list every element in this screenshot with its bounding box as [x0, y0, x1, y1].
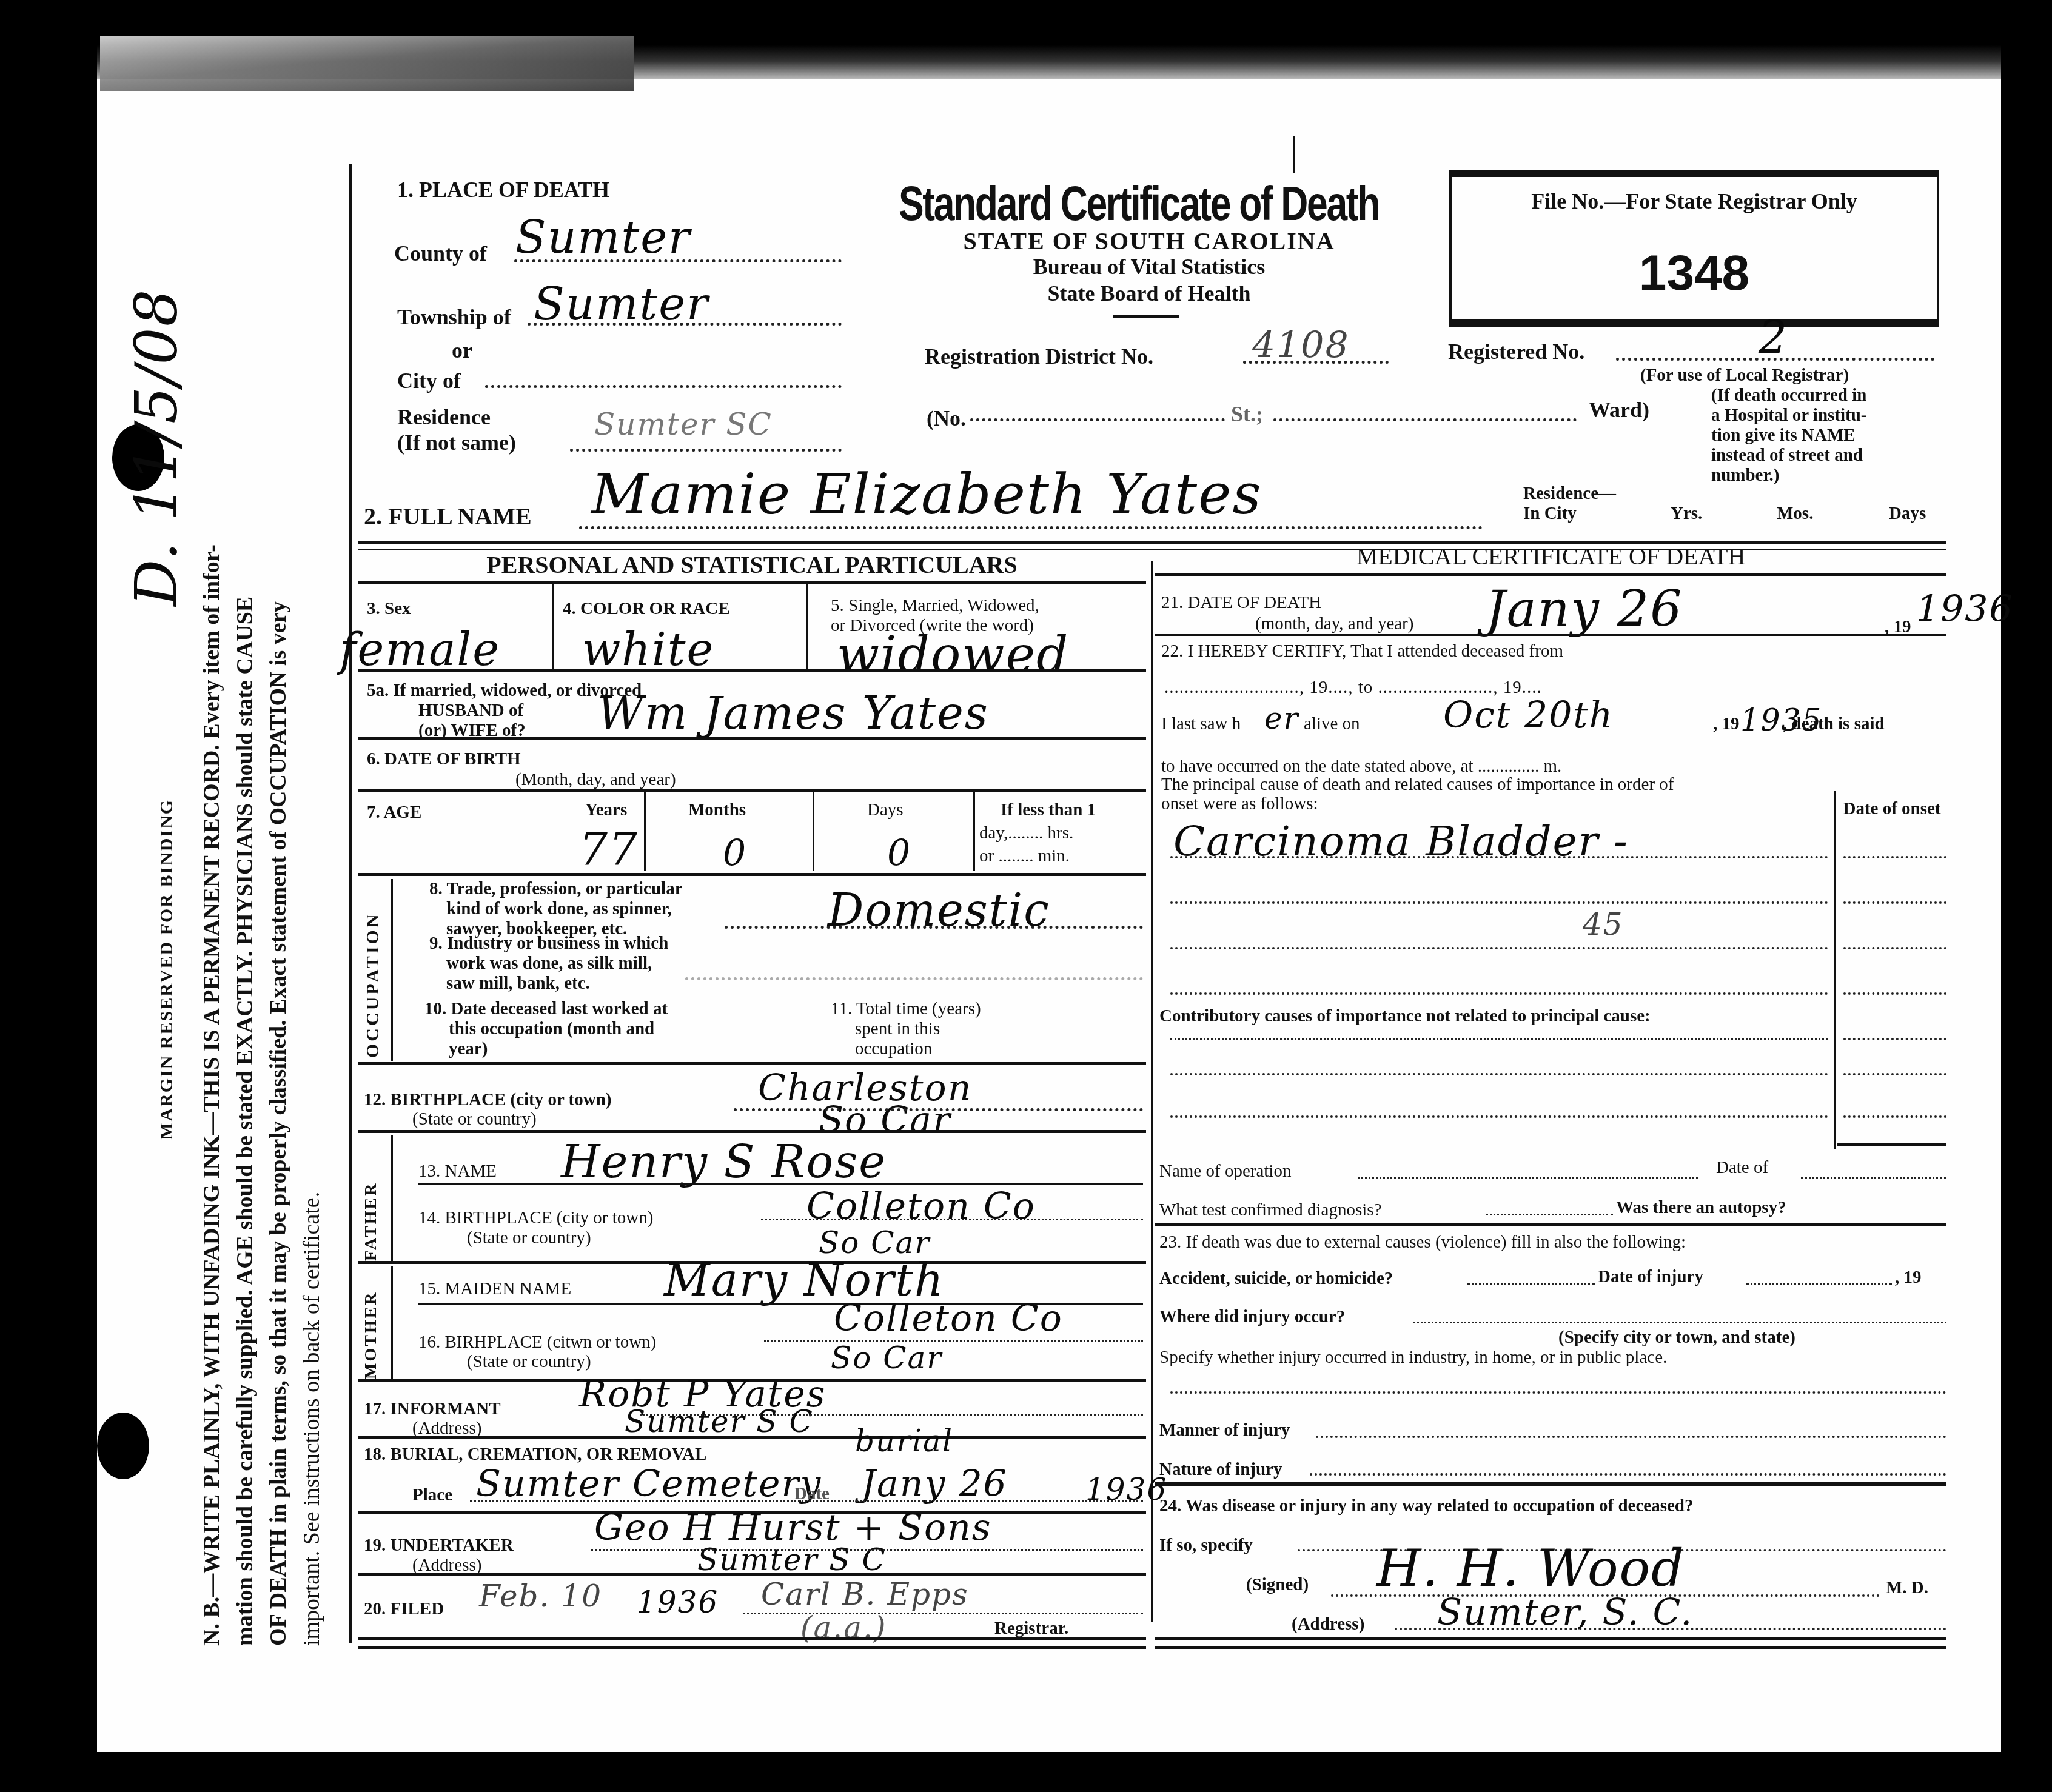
father-name-label: 13. NAME — [418, 1163, 497, 1180]
margin-notice-line: important. See instructions on back of c… — [300, 1192, 323, 1646]
dod-value[interactable]: Jany 26 — [1486, 585, 1683, 635]
row-rule — [358, 737, 1146, 740]
last-saw-date[interactable]: Oct 20th — [1443, 697, 1614, 734]
bureau-name: Bureau of Vital Statistics — [910, 256, 1389, 278]
onset-line[interactable] — [1843, 1038, 1946, 1040]
occupation-side-label: OCCUPATION — [364, 912, 382, 1058]
onset-line[interactable] — [1843, 856, 1946, 858]
mother-birthplace-state[interactable]: So Car — [831, 1343, 942, 1373]
margin-notice-line: mation should be carefully supplied. AGE… — [233, 597, 256, 1646]
row-rule — [1155, 1482, 1946, 1486]
bottom-rule — [358, 1637, 1146, 1640]
county-field-line — [514, 259, 842, 262]
district-field-line — [1243, 361, 1389, 364]
birthplace-label: 12. BIRTHPLACE (city or town) — [364, 1091, 611, 1109]
column-divider — [1151, 561, 1153, 1622]
injury-date-field[interactable] — [1746, 1283, 1892, 1285]
mother-birthplace-sublabel: (State or country) — [467, 1353, 591, 1371]
autopsy-label: Was there an autopsy? — [1616, 1199, 1786, 1217]
last-saw-year-prefix: , 19 — [1713, 715, 1740, 733]
residence-value[interactable]: Sumter SC — [594, 409, 773, 440]
onset-line[interactable] — [1843, 947, 1946, 949]
township-label: Township of — [397, 306, 511, 328]
marital-label: 5. Single, Married, Widowed, — [831, 597, 1039, 615]
specify-field[interactable] — [1170, 1391, 1946, 1394]
tick-mark — [1293, 136, 1295, 173]
contributory-line[interactable] — [1170, 1115, 1828, 1118]
cell-divider — [552, 583, 554, 669]
operation-field[interactable] — [1358, 1177, 1698, 1179]
physician-address-label: (Address) — [1292, 1616, 1364, 1633]
file-number-value: 1348 — [1452, 249, 1937, 298]
street-label: St.; — [1231, 403, 1263, 425]
filed-label: 20. FILED — [364, 1600, 444, 1618]
age-years-value[interactable]: 77 — [579, 827, 639, 872]
race-label: 4. COLOR OR RACE — [563, 600, 730, 618]
less-than-label: If less than 1 — [1001, 801, 1096, 819]
registered-no-label: Registered No. — [1448, 341, 1584, 363]
row-rule — [358, 1130, 1146, 1133]
undertaker-sublabel: (Address) — [412, 1557, 481, 1574]
margin-handwritten-note: D. 11/5/08 — [127, 288, 186, 606]
county-value[interactable]: Sumter — [515, 215, 691, 260]
external-causes-label: 23. If death was due to external causes … — [1159, 1234, 1686, 1251]
certify-label: 22. I HEREBY CERTIFY, That I attended de… — [1161, 643, 1563, 660]
total-time-label: 11. Total time (years) spent in this occ… — [831, 1000, 981, 1058]
district-value[interactable]: 4108 — [1252, 327, 1350, 364]
cause-intro: The principal cause of death and related… — [1161, 776, 1674, 794]
industry-field-line[interactable] — [685, 977, 1143, 980]
father-birthplace-label: 14. BIRTHPLACE (city or town) — [418, 1209, 653, 1227]
age-years-label: Years — [585, 801, 627, 819]
file-number-box: File No.—For State Registrar Only 1348 — [1449, 170, 1939, 327]
mother-side-label: MOTHER — [363, 1291, 380, 1379]
dod-year[interactable]: 1936 — [1916, 591, 2014, 627]
punch-hole — [97, 1413, 149, 1479]
occupation-related-label: 24. Was disease or injury in any way rel… — [1159, 1497, 1693, 1515]
scan-shadow — [100, 36, 634, 91]
bottom-rule — [358, 1646, 1146, 1649]
row-rule — [358, 669, 1146, 672]
street-field[interactable] — [1273, 418, 1577, 421]
marital-value[interactable]: widowed — [837, 630, 1069, 680]
nature-field[interactable] — [1310, 1473, 1946, 1476]
onset-rule — [1837, 1143, 1946, 1146]
township-value[interactable]: Sumter — [534, 282, 709, 327]
cell-divider — [806, 583, 808, 669]
side-divider — [391, 1135, 393, 1262]
bottom-rule — [1155, 1637, 1946, 1640]
onset-line[interactable] — [1843, 901, 1946, 904]
death-is-said: , death is said — [1783, 715, 1885, 733]
mother-name[interactable]: Mary North — [664, 1258, 945, 1303]
undertaker-name[interactable]: Geo H Hurst + Sons — [594, 1509, 992, 1546]
row-rule — [1155, 634, 1946, 636]
if-so-label: If so, specify — [1159, 1537, 1253, 1554]
cause-line[interactable] — [1170, 856, 1828, 858]
father-birthplace-state[interactable]: So Car — [819, 1228, 930, 1258]
certificate-title: Standard Certificate of Death — [899, 176, 1379, 232]
onset-divider — [1834, 791, 1836, 1149]
row-rule — [358, 581, 1146, 584]
hospital-note: (If death occurred in a Hospital or inst… — [1711, 387, 1866, 484]
accident-label: Accident, suicide, or homicide? — [1159, 1270, 1393, 1288]
occurred-label: to have occurred on the date stated abov… — [1161, 758, 1561, 775]
medical-heading: MEDICAL CERTIFICATE OF DEATH — [1155, 544, 1946, 569]
mother-birthplace-city[interactable]: Colleton Co — [834, 1300, 1063, 1337]
sex-value[interactable]: female — [340, 627, 500, 672]
full-name-value[interactable]: Mamie Elizabeth Yates — [591, 467, 1262, 523]
form-left-border — [349, 164, 352, 1643]
dob-sublabel: (Month, day, and year) — [515, 771, 676, 789]
contributory-onset-line[interactable] — [1843, 1115, 1946, 1118]
row-rule — [358, 1062, 1146, 1065]
contributory-line[interactable] — [1170, 1073, 1828, 1075]
mother-birthplace-label: 16. BIRHPLACE (citwn or town) — [418, 1334, 656, 1351]
dod-sublabel: (month, day, and year) — [1255, 615, 1413, 633]
ward-label: Ward) — [1589, 399, 1649, 421]
burial-place-label: Place — [412, 1486, 452, 1504]
registrar-field-line — [743, 1613, 1143, 1614]
board-name: State Board of Health — [910, 283, 1389, 304]
cause-note[interactable]: 45 — [1583, 909, 1624, 940]
where-sublabel: (Specify city or town, and state) — [1558, 1329, 1796, 1346]
title-rule — [1113, 315, 1179, 318]
age-months-label: Months — [688, 801, 746, 819]
dob-label: 6. DATE OF BIRTH — [367, 751, 521, 768]
md-label: M. D. — [1886, 1579, 1928, 1597]
physician-address-line — [1395, 1628, 1946, 1630]
physician-address-value[interactable]: Sumter, S. C. — [1437, 1594, 1693, 1631]
filed-year[interactable]: 1936 — [637, 1587, 719, 1617]
cell-divider — [973, 792, 975, 871]
city-label: City of — [397, 370, 461, 392]
father-birthplace-sublabel: (State or country) — [467, 1229, 591, 1247]
race-value[interactable]: white — [582, 627, 714, 672]
file-number-label: File No.—For State Registrar Only — [1452, 190, 1937, 212]
birthplace-state[interactable]: So Car — [819, 1102, 951, 1138]
operation-label: Name of operation — [1159, 1163, 1291, 1180]
age-months-value[interactable]: 0 — [723, 835, 747, 872]
city-field-line[interactable] — [485, 385, 842, 388]
father-name[interactable]: Henry S Rose — [561, 1140, 887, 1185]
street-no-label: (No. — [927, 407, 966, 429]
margin-notice-line: OF DEATH in plain terms, so that it may … — [267, 601, 290, 1646]
last-saw-label: I last saw h — [1161, 715, 1241, 733]
spouse-label-2: HUSBAND of — [418, 702, 523, 720]
sex-label: 3. Sex — [367, 600, 411, 618]
undertaker-field-line — [591, 1549, 1143, 1551]
injury-date-label: Date of injury — [1598, 1268, 1703, 1286]
side-divider — [391, 1266, 393, 1380]
date-onset-label: Date of onset — [1837, 799, 1946, 819]
cell-divider — [644, 792, 646, 871]
informant-label: 17. INFORMANT — [364, 1400, 501, 1418]
industry-label: 9. Industry or business in which work wa… — [429, 935, 668, 992]
district-label: Registration District No. — [925, 346, 1153, 367]
informant-field-line — [640, 1414, 1143, 1416]
operation-date-field[interactable] — [1801, 1177, 1946, 1179]
registered-field-line — [1616, 358, 1934, 361]
registrar-name[interactable]: Carl B. Epps — [761, 1579, 969, 1610]
burial-place[interactable]: Sumter Cemetery — [476, 1466, 822, 1502]
less-than-hrs: day,........ hrs. — [979, 824, 1073, 842]
row-rule — [1155, 573, 1946, 576]
father-side-label: FATHER — [363, 1182, 380, 1261]
street-no-field[interactable] — [970, 418, 1225, 421]
mother-name-label: 15. MAIDEN NAME — [418, 1280, 571, 1298]
row-rule — [1155, 1223, 1946, 1226]
county-label: County of — [394, 242, 487, 264]
contributory-onset-line[interactable] — [1843, 1073, 1946, 1075]
personal-heading: PERSONAL AND STATISTICAL PARTICULARS — [358, 553, 1146, 577]
margin-binding-note: MARGIN RESERVED FOR BINDING — [158, 799, 176, 1140]
days-label: Days — [1889, 505, 1926, 523]
signed-label: (Signed) — [1246, 1576, 1309, 1594]
row-rule — [358, 789, 1146, 792]
cause-line[interactable] — [1170, 992, 1828, 995]
cause-line[interactable] — [1170, 1038, 1828, 1040]
full-name-label: 2. FULL NAME — [364, 504, 532, 529]
residence-field-line — [570, 449, 842, 452]
last-saw-pronoun[interactable]: er — [1264, 703, 1299, 734]
row-rule — [358, 1573, 1146, 1576]
cause-line[interactable] — [1170, 947, 1828, 949]
burial-field-line — [470, 1500, 1143, 1502]
operation-date-label: Date of — [1716, 1159, 1768, 1177]
nature-label: Nature of injury — [1159, 1461, 1282, 1479]
contributory-label: Contributory causes of importance not re… — [1159, 1008, 1651, 1025]
dod-label: 21. DATE OF DEATH — [1161, 594, 1321, 612]
or-label: or — [452, 339, 472, 361]
place-of-death-heading: 1. PLACE OF DEATH — [397, 179, 609, 201]
in-city-label: In City — [1523, 505, 1577, 523]
trade-field-line — [725, 926, 1143, 929]
registered-no-value[interactable]: 2 — [1759, 315, 1788, 360]
residence-sublabel: (If not same) — [397, 432, 516, 453]
registrar-label: Registrar. — [994, 1620, 1068, 1637]
residence-in-city-label: Residence— — [1523, 485, 1616, 503]
last-worked-label: 10. Date deceased last worked at this oc… — [424, 1000, 668, 1058]
row-rule — [358, 1436, 1146, 1439]
alive-on-label: alive on — [1304, 715, 1360, 733]
injury-year-label: , 19 — [1895, 1269, 1922, 1286]
undertaker-label: 19. UNDERTAKER — [364, 1537, 514, 1554]
spouse-value[interactable]: Wm James Yates — [597, 691, 989, 736]
cause-line[interactable] — [1170, 901, 1828, 904]
mos-label: Mos. — [1777, 505, 1813, 523]
specify-label: Specify whether injury occurred in indus… — [1159, 1349, 1667, 1366]
where-field[interactable] — [1413, 1322, 1946, 1323]
informant-address[interactable]: Sumter S C — [625, 1406, 814, 1437]
accident-field[interactable] — [1467, 1283, 1595, 1285]
informant-sublabel: (Address) — [412, 1420, 481, 1437]
test-label: What test confirmed diagnosis? — [1159, 1202, 1381, 1219]
side-divider — [391, 879, 393, 1061]
father-birthplace-field-line — [761, 1219, 1143, 1220]
birthplace-sublabel: (State or country) — [412, 1111, 537, 1128]
age-days-label: Days — [867, 801, 904, 819]
less-than-min: or ........ min. — [979, 848, 1070, 865]
burial-label: 18. BURIAL, CREMATION, OR REMOVAL — [364, 1446, 706, 1463]
manner-field[interactable] — [1316, 1436, 1946, 1438]
burial-value[interactable]: burial — [855, 1426, 953, 1456]
cause-intro-2: onset were as follows: — [1161, 795, 1318, 813]
age-days-value[interactable]: 0 — [887, 835, 911, 872]
mother-birthplace-field-line — [764, 1340, 1143, 1342]
row-rule — [358, 873, 1146, 876]
age-label: 7. AGE — [367, 804, 421, 821]
onset-line[interactable] — [1843, 992, 1946, 995]
manner-label: Manner of injury — [1159, 1422, 1290, 1439]
yrs-label: Yrs. — [1671, 505, 1702, 523]
cell-divider — [813, 792, 814, 871]
trade-label: 8. Trade, profession, or particular kind… — [429, 880, 683, 938]
birthplace-field-line — [734, 1108, 1143, 1111]
township-field-line — [528, 323, 842, 326]
local-registrar-note: (For use of Local Registrar) — [1640, 367, 1849, 384]
test-field[interactable] — [1486, 1214, 1613, 1215]
signed-value[interactable]: H. H. Wood — [1376, 1543, 1685, 1594]
full-name-field-line — [579, 526, 1483, 529]
where-label: Where did injury occur? — [1159, 1308, 1345, 1326]
state-name: STATE OF SOUTH CAROLINA — [910, 229, 1389, 253]
residence-label: Residence — [397, 406, 491, 428]
filed-date[interactable]: Feb. 10 — [479, 1581, 602, 1611]
bottom-rule — [1155, 1646, 1946, 1649]
burial-date[interactable]: Jany 26 — [861, 1466, 1008, 1502]
margin-notice-line: N. B.—WRITE PLAINLY, WITH UNFADING INK—T… — [200, 544, 223, 1646]
